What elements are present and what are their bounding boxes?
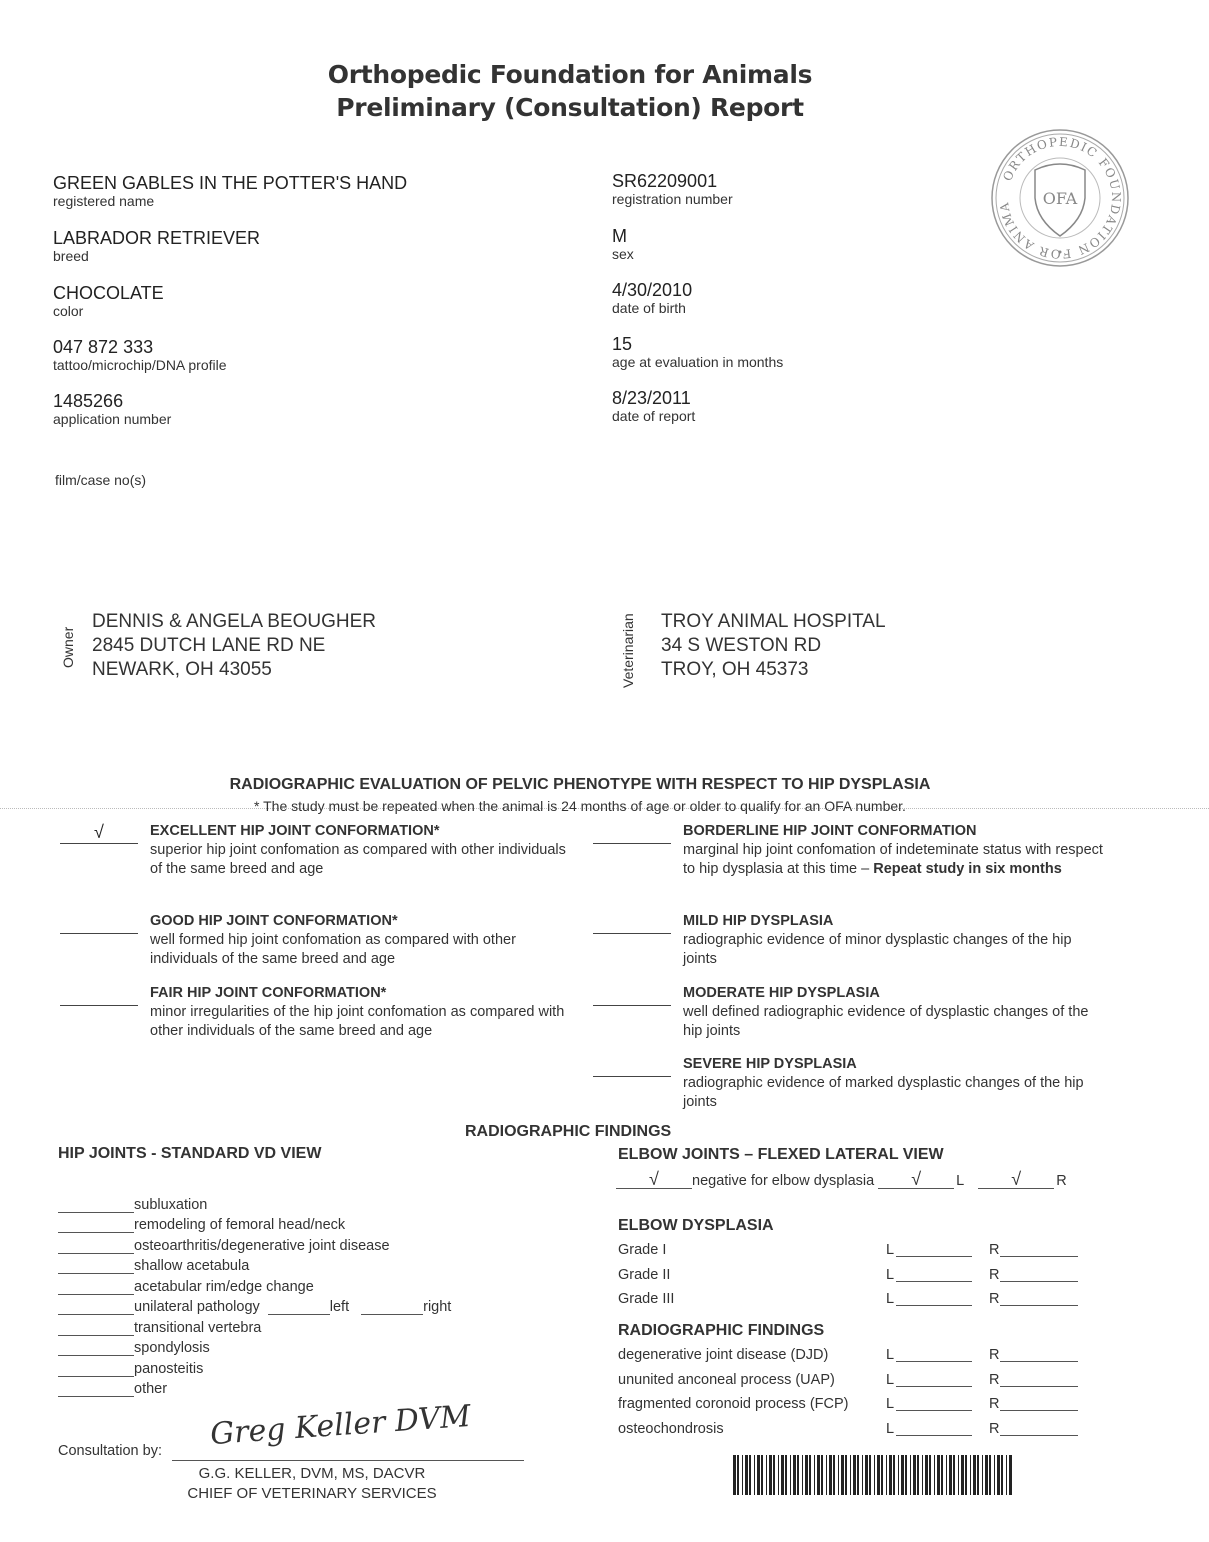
hip-grade-description: marginal hip joint confomation of indete… [683,841,1103,879]
hip-finding-label: spondylosis [134,1340,210,1356]
field-date-of-birth: 4/30/2010 date of birth [612,280,692,316]
signature-line [172,1460,524,1461]
elbow-negative-label: negative for elbow dysplasia [692,1173,874,1189]
field-breed: LABRADOR RETRIEVER breed [53,228,260,264]
hip-finding-blank[interactable] [58,1321,134,1336]
veterinarian-address: TROY ANIMAL HOSPITAL 34 S WESTON RD TROY… [661,610,886,682]
field-date-of-report: 8/23/2011 date of report [612,388,695,424]
field-sex: M sex [612,226,634,262]
evaluation-note: * The study must be repeated when the an… [0,798,1160,814]
hip-finding-label: acetabular rim/edge change [134,1279,314,1295]
field-color: CHOCOLATE color [53,283,164,319]
report-title-line1: Orthopedic Foundation for Animals [0,60,1140,89]
left-blank[interactable] [896,1386,972,1387]
field-registered-name: GREEN GABLES IN THE POTTER'S HAND regist… [53,173,407,209]
field-registration-number: SR62209001 registration number [612,171,733,207]
hip-finding-row: panosteitis [58,1356,451,1377]
hip-grade-checkbox[interactable] [60,985,138,1006]
hip-finding-label: osteoarthritis/degenerative joint diseas… [134,1238,390,1254]
elbow-view-title: ELBOW JOINTS – FLEXED LATERAL VIEW [618,1146,944,1164]
hip-finding-blank[interactable] [58,1259,134,1274]
right-blank[interactable] [1000,1361,1078,1362]
hip-finding-label: shallow acetabula [134,1258,249,1274]
hip-finding-blank[interactable] [58,1239,134,1254]
hip-finding-label: transitional vertebra [134,1320,261,1336]
hip-grade-title: MODERATE HIP DYSPLASIA [683,985,880,1001]
hip-finding-label: other [134,1381,167,1397]
elbow-negative-row: √ negative for elbow dysplasia √ L √ R [616,1170,1067,1189]
hip-finding-blank[interactable] [58,1218,134,1233]
signer-position: CHIEF OF VETERINARY SERVICES [172,1485,452,1502]
hip-grade-title: EXCELLENT HIP JOINT CONFORMATION* [150,823,439,839]
hip-grade-title: BORDERLINE HIP JOINT CONFORMATION [683,823,977,839]
hip-grade-checkbox[interactable]: √ [60,823,138,844]
veterinarian-label: Veterinarian [620,613,636,688]
elbow-negative-right-checkbox[interactable]: √ [978,1170,1054,1189]
hip-grade-description: well formed hip joint confomation as com… [150,931,570,969]
right-blank[interactable] [1000,1435,1078,1436]
hip-finding-row: shallow acetabula [58,1254,451,1275]
elbow-negative-checkbox[interactable]: √ [616,1170,692,1189]
consultation-label: Consultation by: [58,1443,162,1459]
hip-grade-description: minor irregularities of the hip joint co… [150,1003,570,1041]
hip-finding-row: acetabular rim/edge change [58,1274,451,1295]
svg-text:OFA: OFA [1043,189,1078,208]
handwritten-signature: Greg Keller DVM [209,1399,472,1452]
signer-name: G.G. KELLER, DVM, MS, DACVR [172,1465,452,1482]
hip-finding-row: subluxation [58,1192,451,1213]
left-blank[interactable] [896,1410,972,1411]
evaluation-title: RADIOGRAPHIC EVALUATION OF PELVIC PHENOT… [0,776,1160,794]
right-blank[interactable] [1000,1386,1078,1387]
right-blank[interactable] [1000,1305,1078,1306]
hip-finding-label: panosteitis [134,1361,203,1377]
ofa-seal-icon: ORTHOPEDIC FOUNDATION FOR ANIMALS OFA [985,128,1135,268]
hip-grade-description: radiographic evidence of marked dysplast… [683,1074,1103,1112]
unilateral-right-blank[interactable] [361,1300,423,1315]
hip-finding-blank[interactable] [58,1382,134,1397]
elbow-findings-title: RADIOGRAPHIC FINDINGS [618,1322,824,1340]
hip-findings-list: subluxationremodeling of femoral head/ne… [58,1192,451,1397]
elbow-negative-left-checkbox[interactable]: √ [878,1170,954,1189]
left-blank[interactable] [896,1435,972,1436]
hip-grade-checkbox[interactable] [593,913,671,934]
hip-finding-label: unilateral pathology [134,1299,260,1315]
elbow-dysplasia-title: ELBOW DYSPLASIA [618,1217,774,1235]
hip-grade-checkbox[interactable] [593,823,671,844]
left-blank[interactable] [896,1281,972,1282]
hip-view-title: HIP JOINTS - STANDARD VD VIEW [58,1145,321,1163]
left-blank[interactable] [896,1305,972,1306]
field-microchip: 047 872 333 tattoo/microchip/DNA profile [53,337,227,373]
hip-finding-blank[interactable] [58,1300,134,1315]
hip-finding-row: transitional vertebra [58,1315,451,1336]
hip-finding-blank[interactable] [58,1198,134,1213]
hip-finding-row: unilateral pathologyleftright [58,1295,451,1316]
hip-grade-description: well defined radiographic evidence of dy… [683,1003,1103,1041]
hip-finding-blank[interactable] [58,1280,134,1295]
left-blank[interactable] [896,1256,972,1257]
hip-finding-row: remodeling of femoral head/neck [58,1213,451,1234]
right-blank[interactable] [1000,1410,1078,1411]
field-age-months: 15 age at evaluation in months [612,334,783,370]
hip-grade-checkbox[interactable] [593,985,671,1006]
film-case-label: film/case no(s) [55,472,146,488]
owner-address: DENNIS & ANGELA BEOUGHER 2845 DUTCH LANE… [92,610,376,682]
field-application-number: 1485266 application number [53,391,171,427]
hip-grade-title: SEVERE HIP DYSPLASIA [683,1056,857,1072]
right-blank[interactable] [1000,1281,1078,1282]
hip-finding-label: remodeling of femoral head/neck [134,1217,345,1233]
hip-grade-title: GOOD HIP JOINT CONFORMATION* [150,913,398,929]
hip-grade-checkbox[interactable] [60,913,138,934]
hip-grade-checkbox[interactable] [593,1056,671,1077]
hip-grade-title: FAIR HIP JOINT CONFORMATION* [150,985,386,1001]
hip-grade-title: MILD HIP DYSPLASIA [683,913,833,929]
hip-grade-description: radiographic evidence of minor dysplasti… [683,931,1103,969]
hip-finding-blank[interactable] [58,1362,134,1377]
left-blank[interactable] [896,1361,972,1362]
hip-finding-row: other [58,1377,451,1398]
owner-label: Owner [60,627,76,668]
hip-grade-description: superior hip joint confomation as compar… [150,841,570,879]
barcode-icon [733,1455,1015,1495]
hip-finding-row: spondylosis [58,1336,451,1357]
right-blank[interactable] [1000,1256,1078,1257]
findings-title: RADIOGRAPHIC FINDINGS [465,1123,671,1141]
unilateral-left-blank[interactable] [268,1300,330,1315]
hip-finding-label: subluxation [134,1197,207,1213]
report-title-line2: Preliminary (Consultation) Report [0,93,1140,122]
hip-finding-row: osteoarthritis/degenerative joint diseas… [58,1233,451,1254]
hip-finding-blank[interactable] [58,1341,134,1356]
